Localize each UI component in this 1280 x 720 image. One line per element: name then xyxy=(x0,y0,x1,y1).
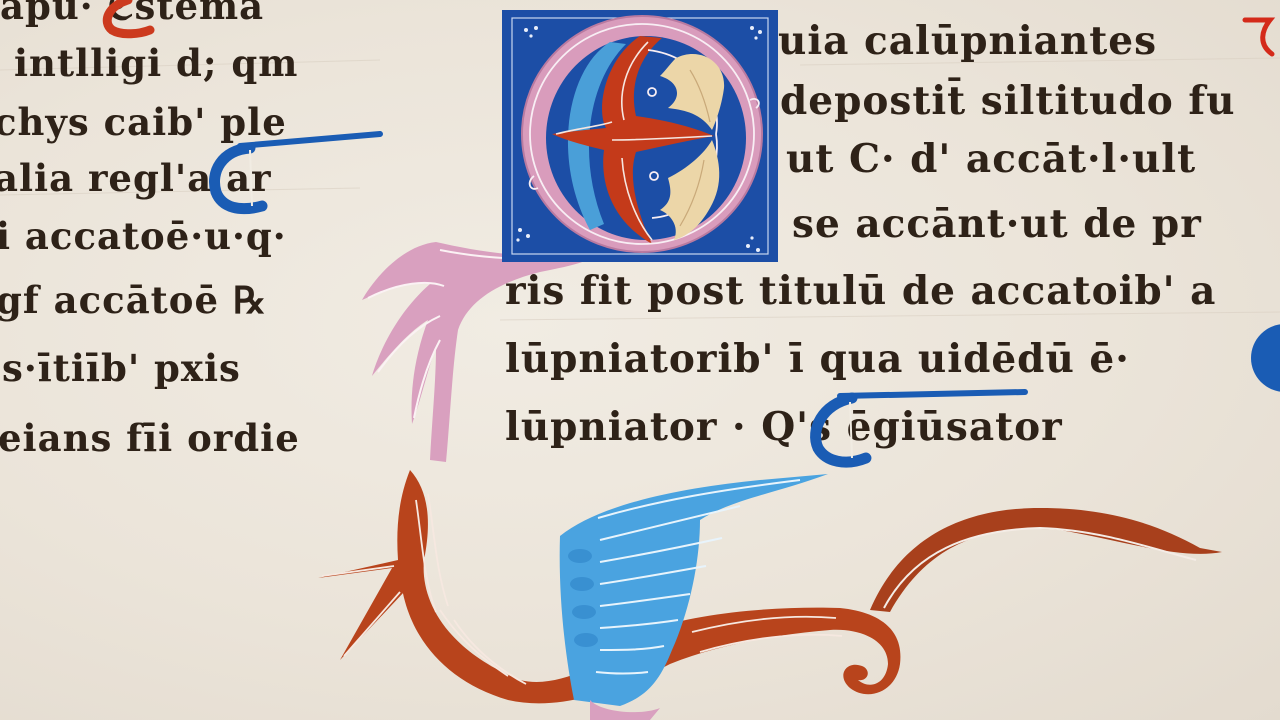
red-paraph-mark xyxy=(107,0,150,34)
red-paraph-mark-right xyxy=(1245,20,1272,54)
manuscript-photo: apu· ℭstema intlligi d; qm chys caib' pl… xyxy=(0,0,1280,720)
blue-paraph-mark-left xyxy=(214,134,380,209)
blue-paraph-dot xyxy=(1251,324,1280,392)
illumination-layer xyxy=(0,0,1280,720)
illuminated-initial xyxy=(502,10,778,262)
dragon-illustration xyxy=(318,470,1222,720)
pink-acanthus-stem xyxy=(362,242,600,462)
blue-paraph-mark-right xyxy=(816,392,1025,462)
